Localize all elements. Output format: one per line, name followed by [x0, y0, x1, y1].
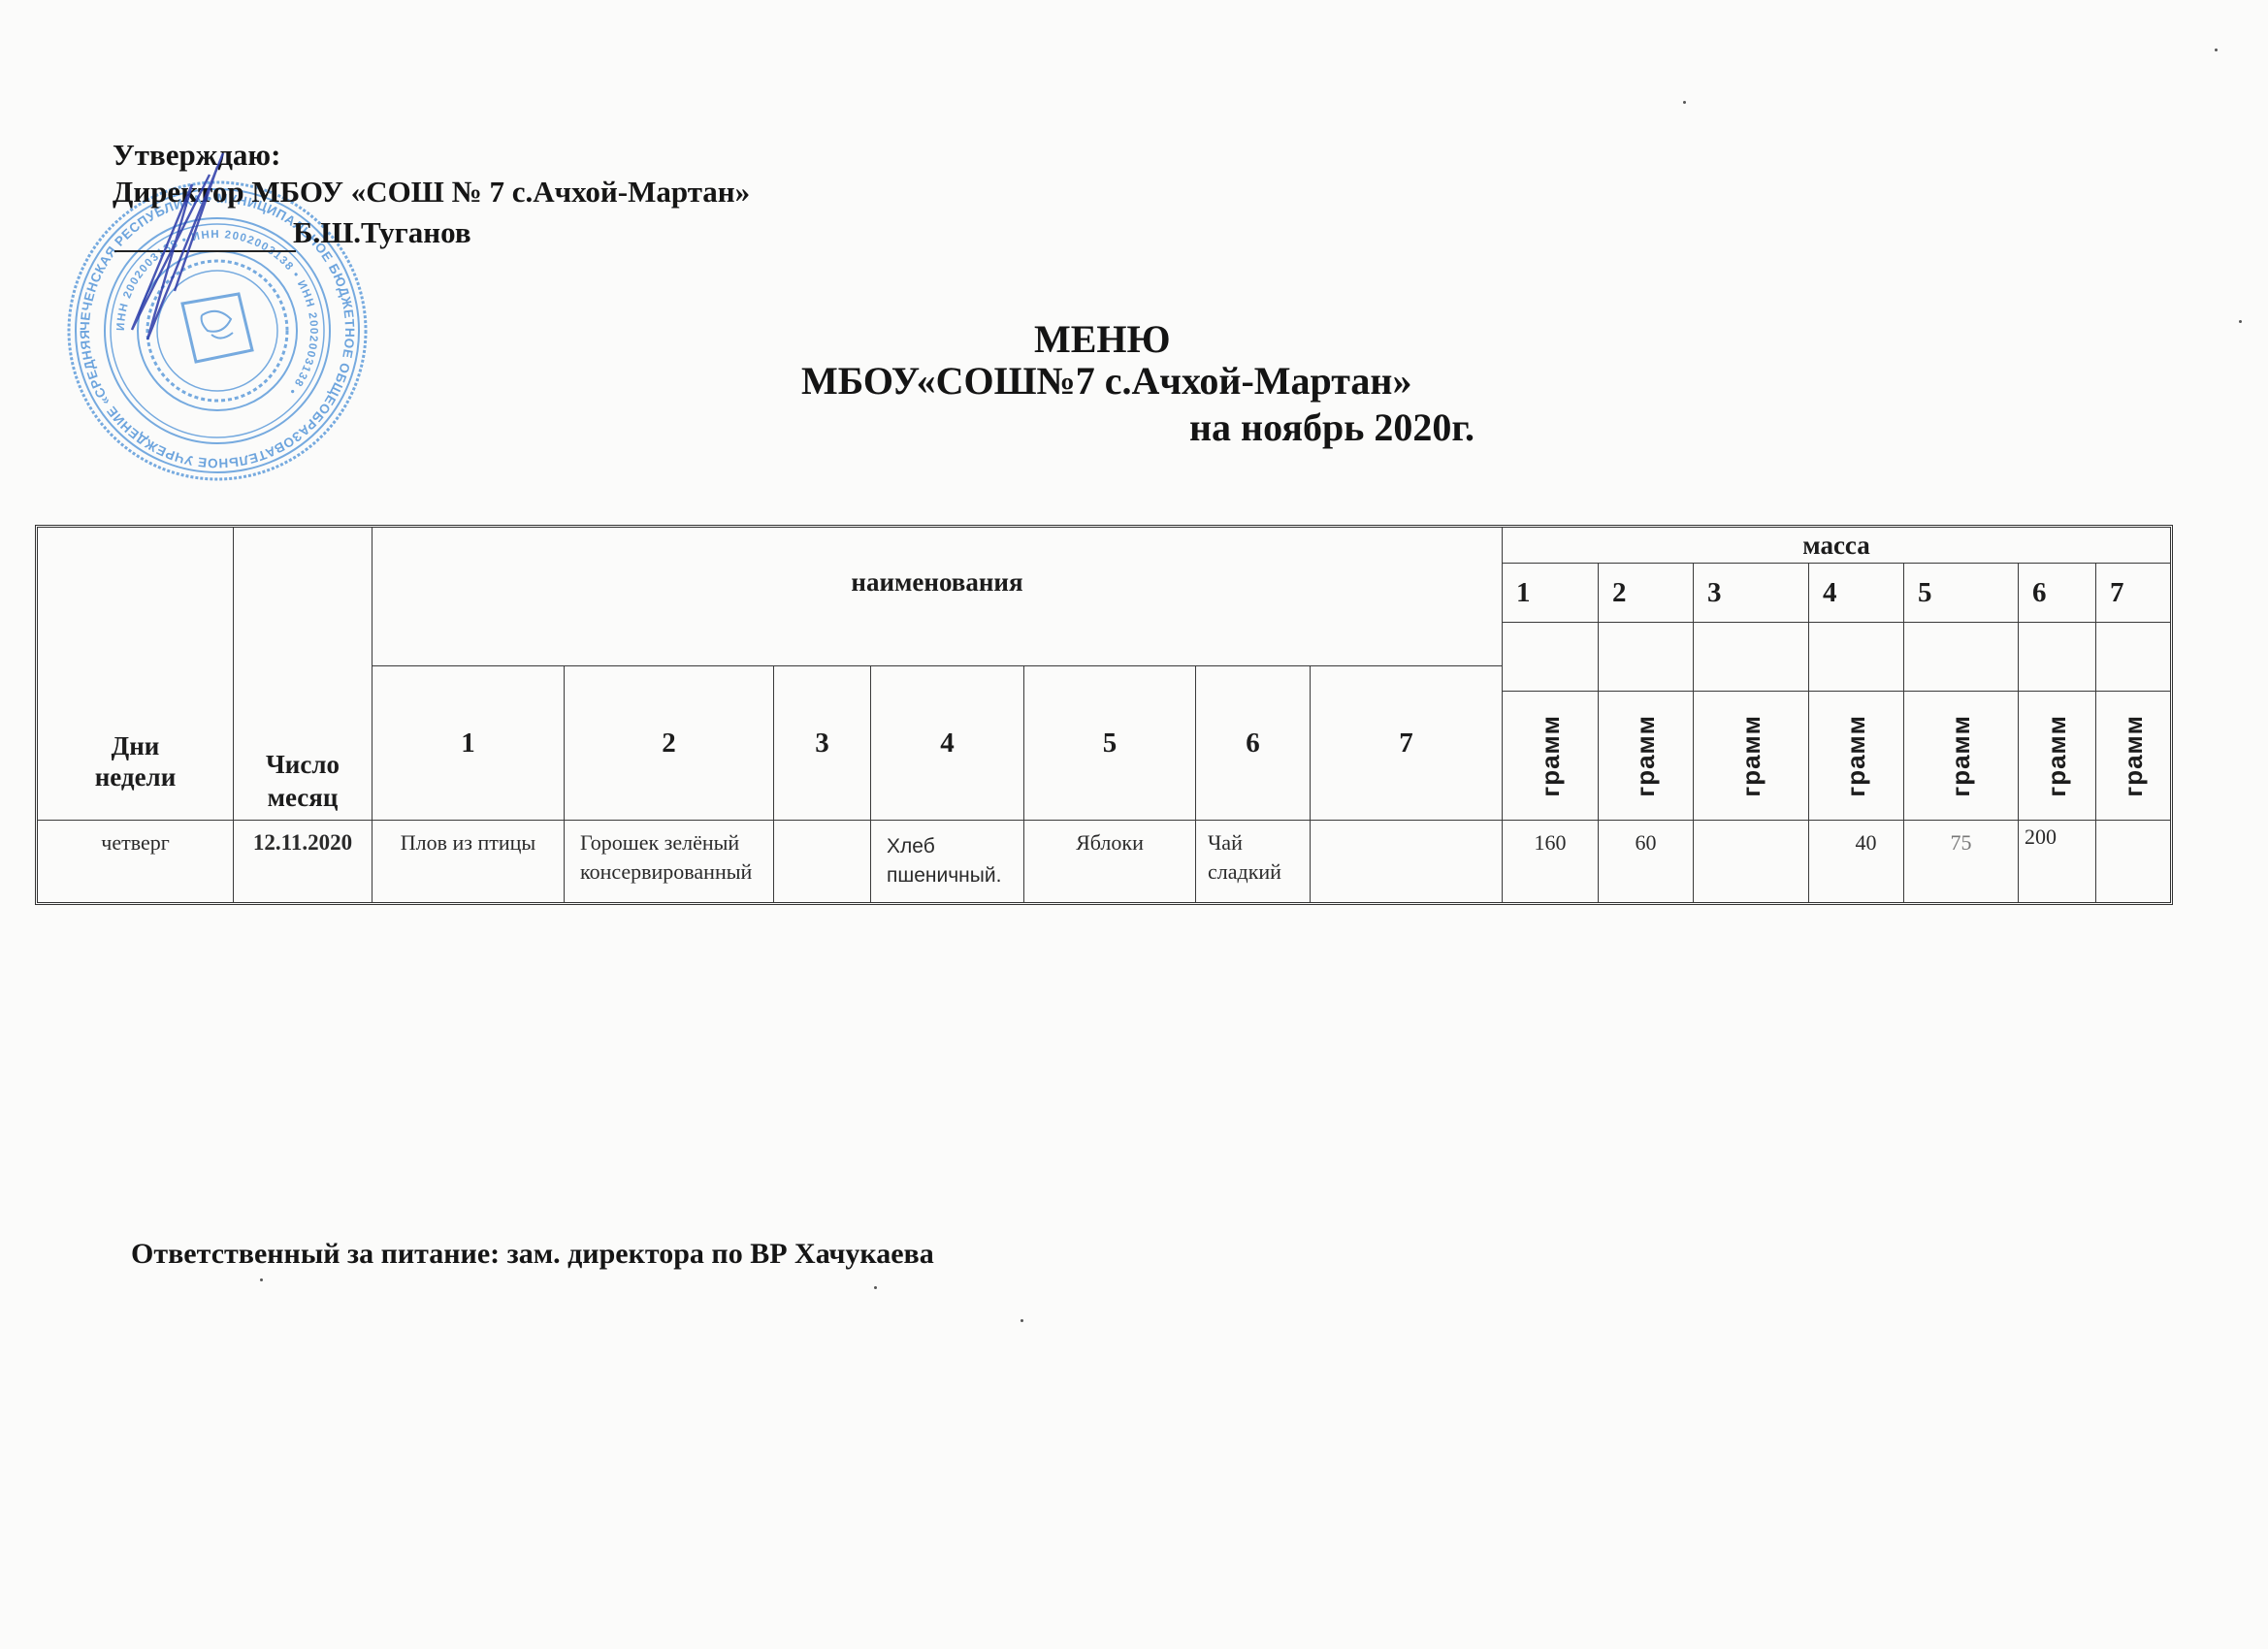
cell-dish-6: Чай сладкий [1195, 820, 1311, 903]
mass-unit-1: грамм [1502, 691, 1599, 821]
mass-unit-label: грамм [1536, 715, 1566, 797]
responsible-person: Ответственный за питание: зам. директора… [131, 1238, 934, 1271]
cell-dish-5: Яблоки [1023, 820, 1196, 903]
scan-speck [874, 1286, 877, 1289]
doc-subtitle-school: МБОУ«СОШ№7 с.Ачхой-Мартан» [801, 358, 1411, 404]
cell-dish-4: Хлеб пшеничный. [870, 820, 1024, 903]
mass-col-3: 3 [1693, 563, 1809, 623]
mass-empty-4 [1808, 622, 1904, 692]
mass-unit-label: грамм [1631, 715, 1661, 797]
cell-dish-7 [1310, 820, 1503, 903]
signature-scribble [116, 145, 243, 369]
cell-dish-2: Горошек зелёный консервированный [564, 820, 774, 903]
doc-title: МЕНЮ [1034, 316, 1171, 362]
scan-speck [1021, 1319, 1023, 1322]
mass-unit-label: грамм [1841, 715, 1871, 797]
cell-mass-4: 40 [1808, 820, 1904, 903]
cell-mass-3 [1693, 820, 1809, 903]
scan-speck [1683, 101, 1686, 104]
header-date-label: Число месяц [259, 748, 346, 814]
mass-unit-7: грамм [2095, 691, 2171, 821]
dish-col-5: 5 [1023, 665, 1196, 821]
dish-col-3: 3 [773, 665, 871, 821]
mass-unit-label: грамм [2042, 715, 2072, 797]
mass-unit-4: грамм [1808, 691, 1904, 821]
scan-speck [2239, 320, 2242, 323]
cell-day: четверг [37, 820, 234, 903]
cell-mass-1: 160 [1502, 820, 1599, 903]
mass-unit-3: грамм [1693, 691, 1809, 821]
dish-col-2: 2 [564, 665, 774, 821]
mass-unit-5: грамм [1903, 691, 2019, 821]
mass-col-7: 7 [2095, 563, 2171, 623]
mass-empty-2 [1598, 622, 1694, 692]
cell-dish-3 [773, 820, 871, 903]
mass-empty-5 [1903, 622, 2019, 692]
cell-date: 12.11.2020 [233, 820, 373, 903]
dish-col-1: 1 [372, 665, 565, 821]
header-dish-names-label: наименования [851, 567, 1022, 598]
mass-unit-label: грамм [1946, 715, 1976, 797]
mass-col-6: 6 [2018, 563, 2096, 623]
header-dish-names: наименования [372, 527, 1503, 666]
cell-dish-1: Плов из птицы [372, 820, 565, 903]
dish-col-6: 6 [1195, 665, 1311, 821]
header-mass: масса [1502, 527, 2171, 564]
mass-col-5: 5 [1903, 563, 2019, 623]
cell-mass-5: 75 [1903, 820, 2019, 903]
doc-subtitle-period: на ноябрь 2020г. [1189, 404, 1474, 450]
mass-empty-7 [2095, 622, 2171, 692]
mass-unit-label: грамм [2119, 715, 2149, 797]
cell-mass-7 [2095, 820, 2171, 903]
scan-speck [2215, 48, 2218, 51]
dish-col-4: 4 [870, 665, 1024, 821]
cell-mass-6: 200 [2018, 820, 2096, 903]
scan-speck [260, 1278, 263, 1281]
mass-unit-6: грамм [2018, 691, 2096, 821]
approval-signatory: Б.Ш.Туганов [293, 214, 471, 251]
header-days-of-week: Дни недели [37, 527, 234, 821]
header-date: Число месяц [233, 527, 373, 821]
mass-col-1: 1 [1502, 563, 1599, 623]
cell-mass-2: 60 [1598, 820, 1694, 903]
header-days-label: Дни недели [87, 730, 184, 792]
mass-col-4: 4 [1808, 563, 1904, 623]
mass-empty-1 [1502, 622, 1599, 692]
mass-unit-2: грамм [1598, 691, 1694, 821]
mass-empty-3 [1693, 622, 1809, 692]
dish-col-7: 7 [1310, 665, 1503, 821]
mass-empty-6 [2018, 622, 2096, 692]
mass-unit-label: грамм [1736, 715, 1766, 797]
mass-col-2: 2 [1598, 563, 1694, 623]
